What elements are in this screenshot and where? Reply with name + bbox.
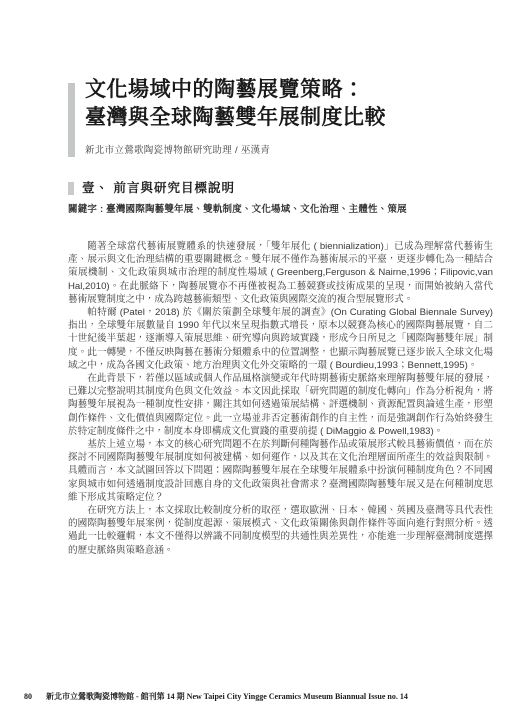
- page-footer: 80 新北市立鶯歌陶瓷博物館 - 館刊第 14 期 New Taipei Cit…: [24, 692, 408, 702]
- footer-page-number: 80: [24, 692, 32, 702]
- footer-journal-title: 新北市立鶯歌陶瓷博物館 - 館刊第 14 期 New Taipei City Y…: [46, 692, 408, 702]
- keywords-line: 關鍵字 : 臺灣國際陶藝雙年展、雙軌制度、文化場域、文化治理、主體性、策展: [68, 203, 407, 216]
- section-accent-square: [68, 182, 74, 195]
- body-paragraph-2: 帕特爾 (Patel，2018) 於《關於策劃全球雙年展的調查》(On Cura…: [68, 306, 493, 372]
- page-title-line2: 臺灣與全球陶藝雙年展制度比較: [85, 106, 386, 129]
- body-paragraph-4: 基於上述立場，本文的核心研究問題不在於判斷何種陶藝作品或策展形式較具藝術價值，而…: [68, 438, 493, 504]
- page-title-line1: 文化場域中的陶藝展覽策略：: [85, 78, 365, 101]
- body-paragraph-5: 在研究方法上，本文採取比較制度分析的取徑，選取歐洲、日本、韓國、英國及臺灣等具代…: [68, 504, 493, 557]
- journal-article-page: 文化場域中的陶藝展覽策略：臺灣與全球陶藝雙年展制度比較 新北市立鶯歌陶瓷博物館研…: [0, 0, 512, 724]
- page-title: 文化場域中的陶藝展覽策略：臺灣與全球陶藝雙年展制度比較: [85, 76, 386, 131]
- section-heading: 壹、 前言與研究目標說明: [82, 179, 235, 197]
- article-body: 隨著全球當代藝術展覽體系的快速發展，「雙年展化 ( biennializatio…: [68, 240, 493, 557]
- author-line: 新北市立鶯歌陶瓷博物館研究助理 / 巫漢青: [85, 142, 270, 156]
- title-accent-bar: [68, 83, 75, 157]
- body-paragraph-3: 在此背景下，若僅以區域或個人作品風格演變或年代時期藝術史脈絡來理解陶藝雙年展的發…: [68, 372, 493, 438]
- body-paragraph-1: 隨著全球當代藝術展覽體系的快速發展，「雙年展化 ( biennializatio…: [68, 240, 493, 306]
